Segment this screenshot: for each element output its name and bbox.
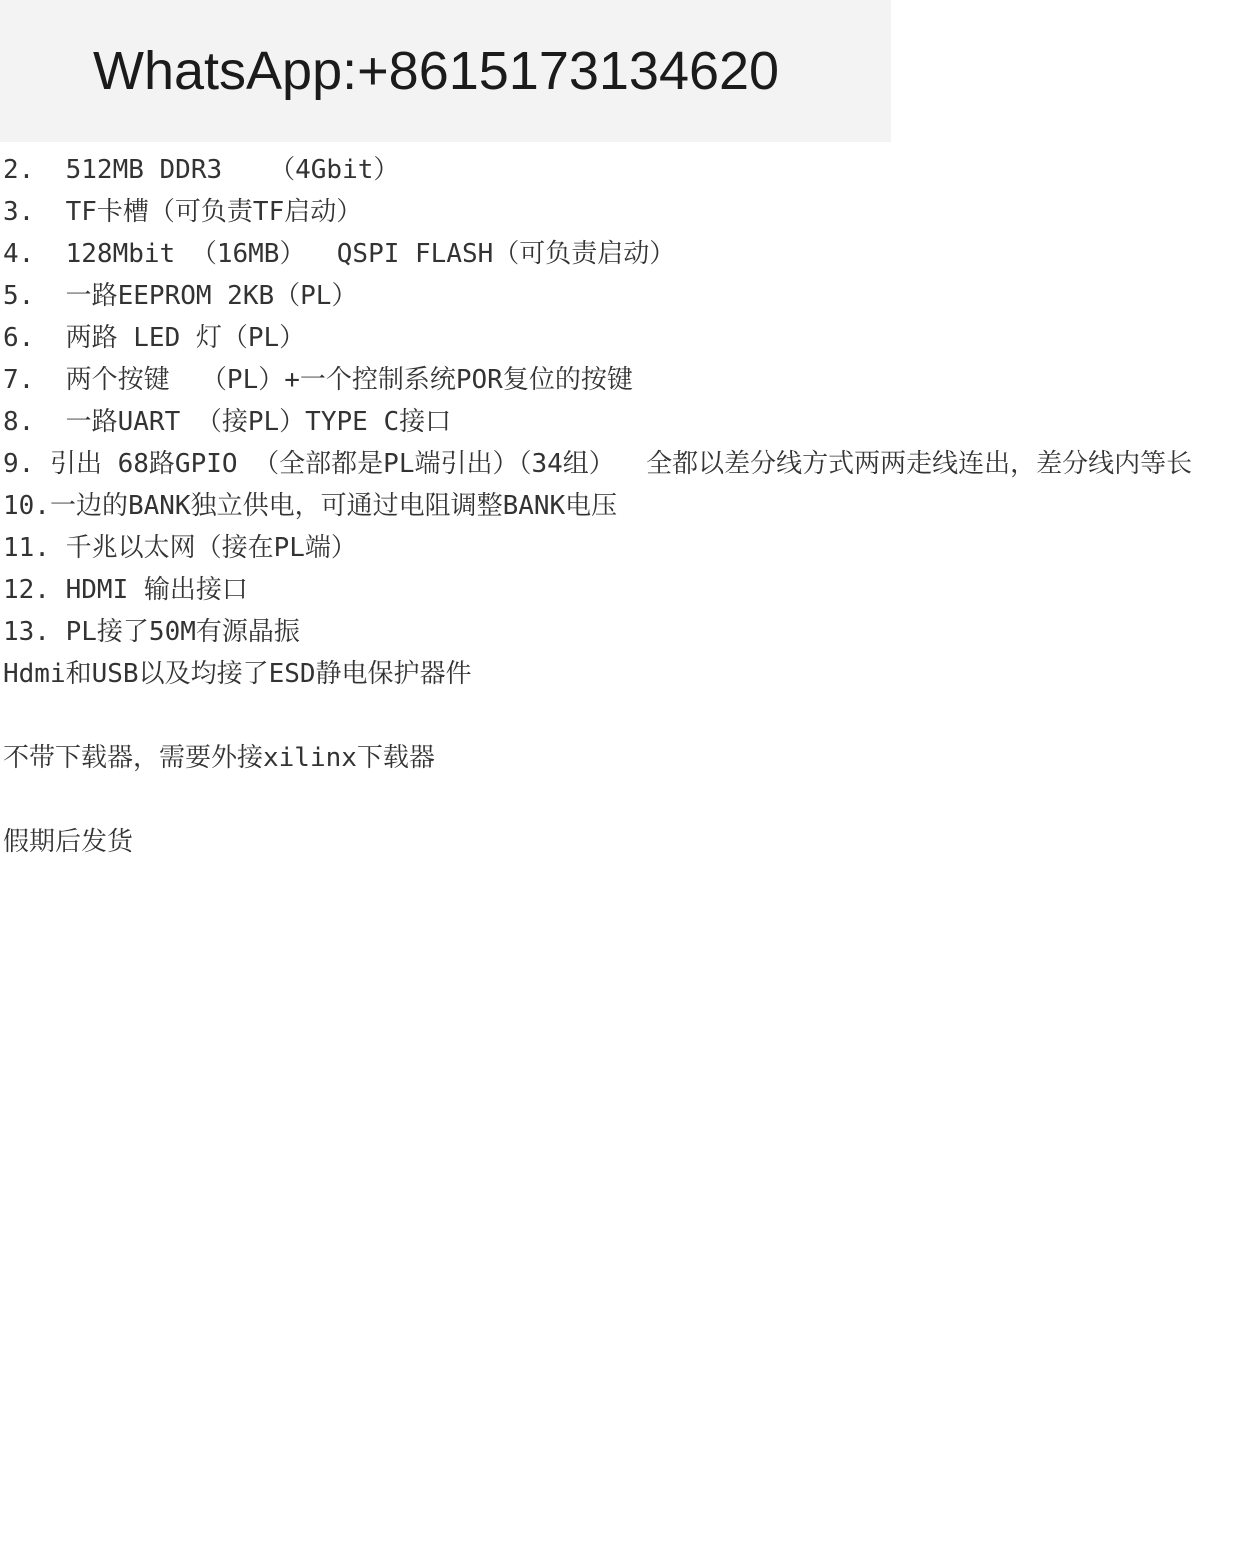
spec-item: 2. 512MB DDR3 （4Gbit） (3, 149, 1240, 191)
spec-item: 3. TF卡槽（可负责TF启动） (3, 191, 1240, 233)
spec-item: 4. 128Mbit （16MB） QSPI FLASH（可负责启动） (3, 233, 1240, 275)
spec-item: 12. HDMI 输出接口 (3, 569, 1240, 611)
spec-item: 9. 引出 68路GPIO （全部都是PL端引出）（34组） 全都以差分线方式两… (3, 443, 1240, 485)
downloader-note: 不带下载器，需要外接xilinx下载器 (3, 737, 1240, 779)
whatsapp-contact-number: WhatsApp:+8615173134620 (0, 44, 779, 98)
esd-protection-note: Hdmi和USB以及均接了ESD静电保护器件 (3, 653, 1240, 695)
spec-item: 10.一边的BANK独立供电，可通过电阻调整BANK电压 (3, 485, 1240, 527)
spec-item: 11. 千兆以太网（接在PL端） (3, 527, 1240, 569)
spec-item: 6. 两路 LED 灯（PL） (3, 317, 1240, 359)
spec-content: 2. 512MB DDR3 （4Gbit） 3. TF卡槽（可负责TF启动） 4… (0, 142, 1240, 863)
spec-item: 8. 一路UART （接PL）TYPE C接口 (3, 401, 1240, 443)
spec-item: 5. 一路EEPROM 2KB（PL） (3, 275, 1240, 317)
spec-item: 7. 两个按键 （PL）+一个控制系统POR复位的按键 (3, 359, 1240, 401)
spec-item: 13. PL接了50M有源晶振 (3, 611, 1240, 653)
whatsapp-banner: WhatsApp:+8615173134620 (0, 0, 891, 142)
product-description-page: WhatsApp:+8615173134620 2. 512MB DDR3 （4… (0, 0, 1240, 1552)
shipping-note: 假期后发货 (3, 821, 1240, 863)
